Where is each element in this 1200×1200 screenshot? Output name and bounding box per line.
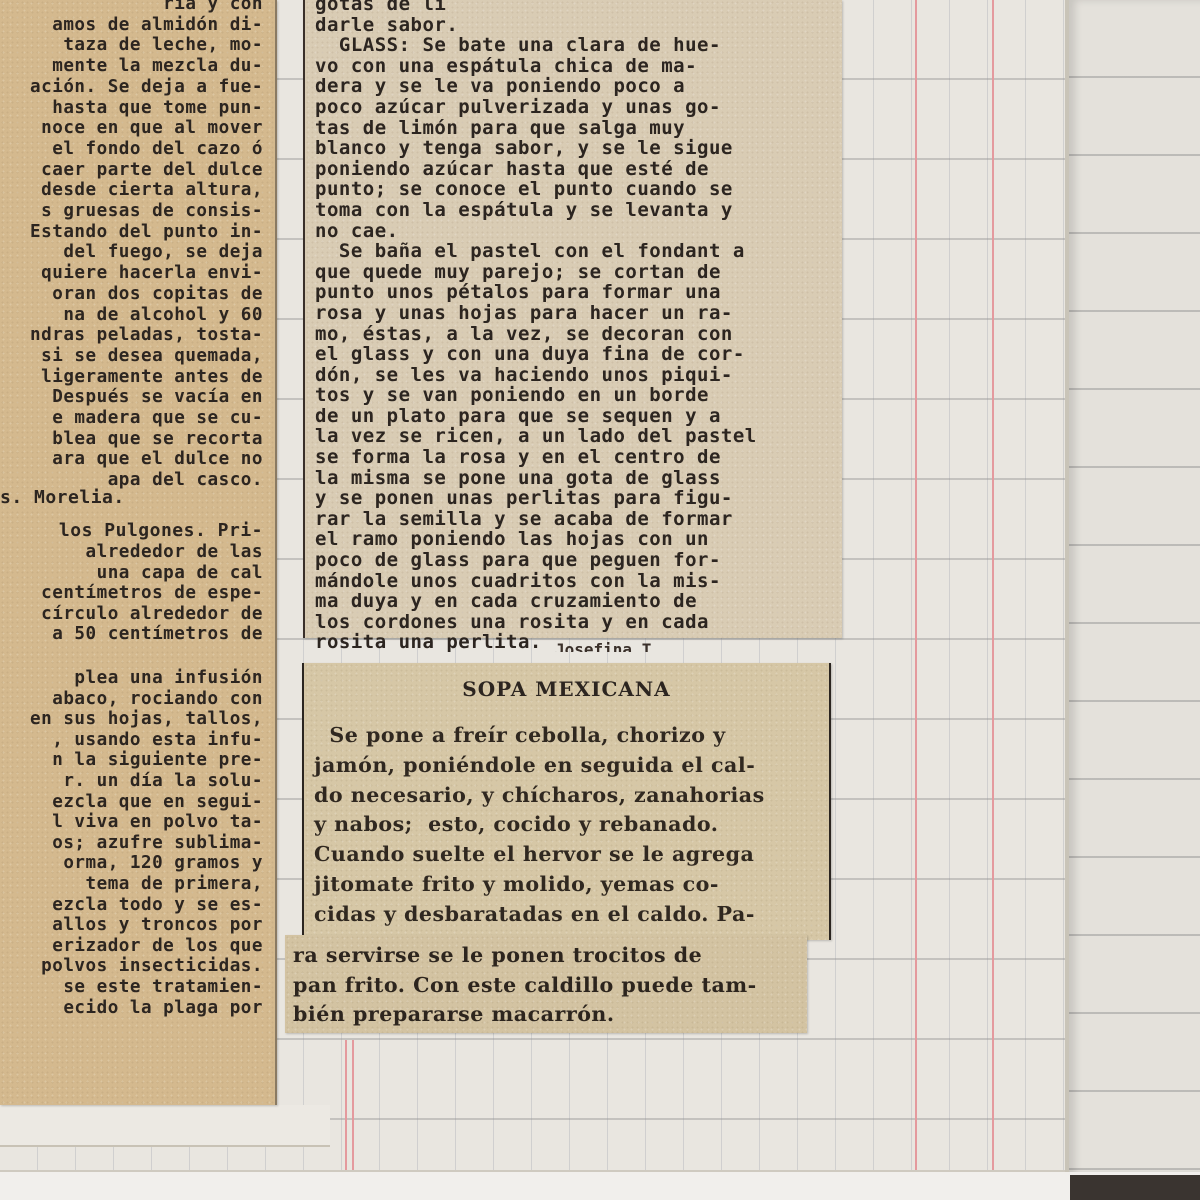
recipe-title: SOPA MEXICANA (304, 677, 829, 701)
margin-line (345, 1040, 347, 1170)
glass-recipe-text: gotas de li darle sabor. GLASS: Se bate … (315, 0, 757, 653)
sopa-mexicana-continuation-clipping: ra servirse se le ponen trocitos de pan … (285, 935, 807, 1033)
recipe-text-continuation: ra servirse se le ponen trocitos de pan … (293, 941, 803, 1030)
table-surface (0, 1172, 1200, 1200)
margin-line (992, 0, 994, 1170)
margin-line (915, 0, 917, 1170)
sopa-mexicana-clipping: SOPA MEXICANA Se pone a freír cebolla, c… (302, 663, 831, 940)
torn-page-edge (0, 1105, 330, 1147)
clipping-text-top: ria y con amos de almidón di- taza de le… (0, 0, 263, 491)
clipping-text-bottom: plea una infusión abaco, rociando con en… (0, 668, 263, 1018)
recipe-text: Se pone a freír cebolla, chorizo y jamón… (314, 721, 814, 930)
binding-shadow (1070, 1175, 1200, 1200)
margin-line (352, 1040, 354, 1170)
author-signature: Josefina T (555, 640, 651, 652)
clipping-heading: los Pulgones. Pri- (59, 520, 263, 541)
left-newspaper-clipping: ria y con amos de almidón di- taza de le… (0, 0, 277, 1105)
glass-recipe-clipping: gotas de li darle sabor. GLASS: Se bate … (303, 0, 842, 638)
clipping-text-middle: alrededor de las una capa de cal centíme… (0, 542, 263, 645)
facing-notebook-page (1065, 0, 1200, 1175)
clipping-place: s. Morelia. (0, 487, 125, 508)
